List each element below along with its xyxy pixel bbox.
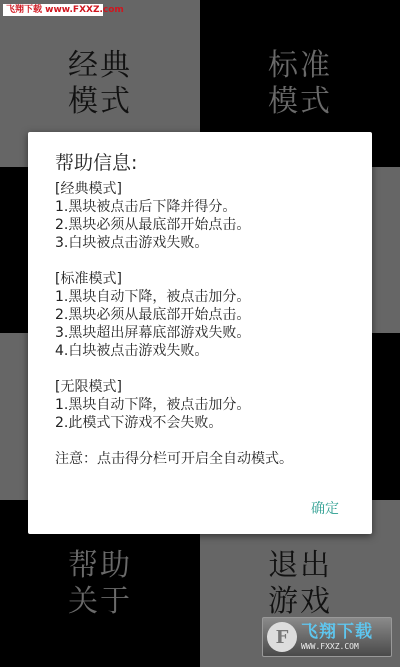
dialog-body: [经典模式] 1.黑块被点击后下降并得分。 2.黑块必须从最底部开始点击。 3.… [55,180,365,468]
dialog-note: 注意：点击得分栏可开启全自动模式。 [55,450,325,468]
watermark-cn: 飞翔下载 [301,622,373,642]
section-standard: [标准模式] 1.黑块自动下降，被点击加分。 2.黑块必须从最底部开始点击。 3… [55,270,365,360]
watermark-text: 飞翔下载 WWW.FXXZ.COM [301,622,373,652]
fxxz-logo-icon: F [267,622,297,652]
rule-line: 4.白块被点击游戏失败。 [55,342,365,360]
section-endless: [无限模式] 1.黑块自动下降，被点击加分。 2.此模式下游戏不会失败。 [55,378,365,432]
rule-line: 2.黑块必须从最底部开始点击。 [55,216,365,234]
section-classic: [经典模式] 1.黑块被点击后下降并得分。 2.黑块必须从最底部开始点击。 3.… [55,180,365,252]
rule-line: 2.黑块必须从最底部开始点击。 [55,306,365,324]
section-heading: [无限模式] [55,378,365,396]
rule-line: 3.白块被点击游戏失败。 [55,234,365,252]
rule-line: 2.此模式下游戏不会失败。 [55,414,365,432]
help-dialog: 帮助信息: [经典模式] 1.黑块被点击后下降并得分。 2.黑块必须从最底部开始… [28,132,372,534]
section-heading: [经典模式] [55,180,365,198]
watermark-bottom: F 飞翔下载 WWW.FXXZ.COM [262,617,392,657]
rule-line: 1.黑块自动下降，被点击加分。 [55,288,365,306]
watermark-url: WWW.FXXZ.COM [301,642,373,652]
rule-line: 1.黑块自动下降，被点击加分。 [55,396,365,414]
section-heading: [标准模式] [55,270,365,288]
ok-button[interactable]: 确定 [311,498,339,518]
rule-line: 1.黑块被点击后下降并得分。 [55,198,365,216]
dialog-title: 帮助信息: [55,148,137,175]
rule-line: 3.黑块超出屏幕底部游戏失败。 [55,324,365,342]
